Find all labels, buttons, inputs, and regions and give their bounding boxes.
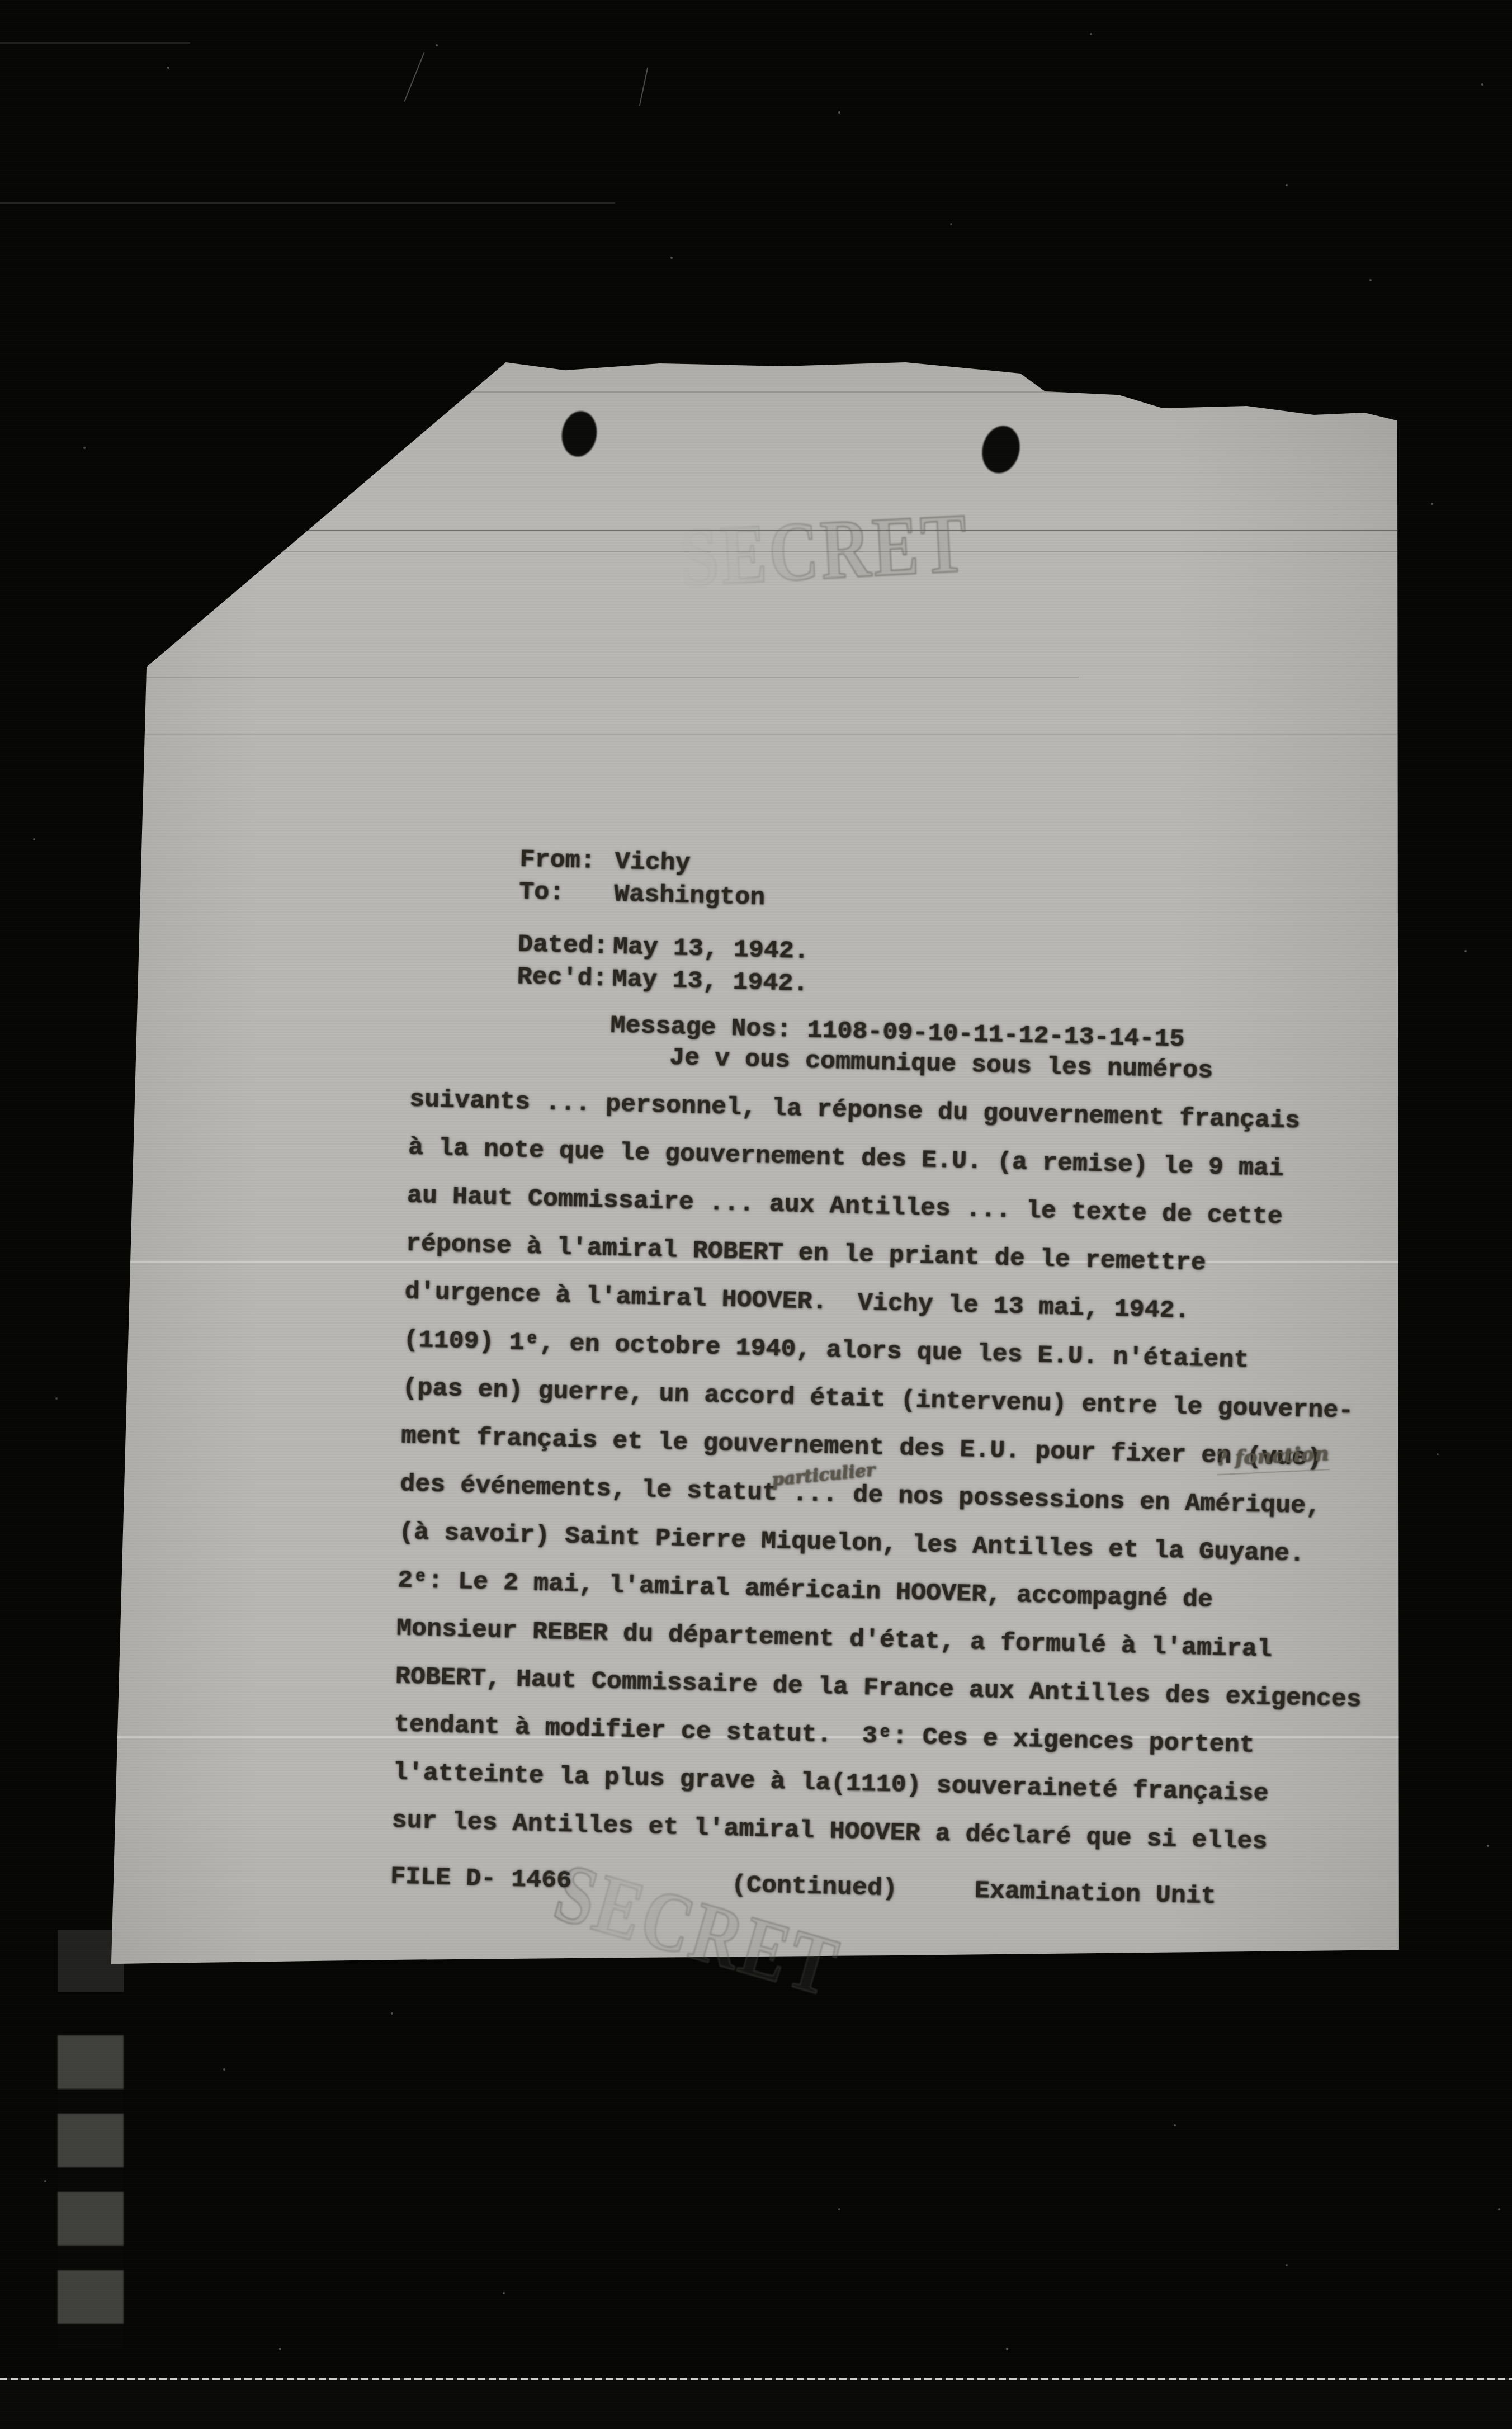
typed-line: à la note que le gouvernement des E.U. (… [408,1133,1471,1188]
scan-artifact-line [109,734,1402,735]
file-number: FILE D- 1466 [390,1862,572,1896]
typed-line: ROBERT, Haut Commissaire de la France au… [395,1662,1458,1717]
film-scratch [404,52,424,102]
typed-line: (à savoir) Saint Pierre Miquelon, les An… [399,1518,1462,1573]
typed-line: au Haut Commissaire ... aux Antilles ...… [407,1182,1470,1236]
typed-text-block: From:Vichy To:Washington Dated:May 13, 1… [389,805,1479,1977]
film-scratch-line [0,42,190,44]
typed-line: sur les Antilles et l'amiral HOOVER a dé… [391,1806,1454,1861]
secret-stamp-top: SECRET [678,495,971,606]
typed-line: l'atteinte la plus grave à la(1110) souv… [393,1758,1456,1813]
typed-line: (pas en) guerre, un accord était (interv… [402,1374,1465,1429]
scan-artifact-line [367,391,1169,393]
microfilm-frame: SECRET SECRET From:Vichy To:Washington D… [0,0,1512,2429]
typed-line: réponse à l'amiral ROBERT en le priant d… [405,1230,1468,1284]
film-scratch [639,68,649,106]
footer-line: FILE D- 1466 (Continued) Examination Uni… [387,1862,1453,2033]
film-bottom-edge [0,2381,1512,2429]
film-scratch-line [0,202,615,204]
pencil-annotation-fonction: ? fonction [1216,1439,1330,1475]
typed-line: (1109) 1ᵉ, en octobre 1940, alors que le… [403,1326,1466,1381]
typed-line: 2ᵉ: Le 2 mai, l'amiral américain HOOVER,… [397,1566,1460,1621]
typed-line: tendant à modifier ce statut. 3ᵉ: Ces e … [394,1710,1457,1765]
film-edge-dashed-line [0,2378,1512,2380]
typed-line: d'urgence à l'amiral HOOVER. Vichy le 13… [404,1278,1467,1332]
examination-unit-label: Examination Unit [974,1877,1216,1912]
scan-artifact-line [109,677,1079,678]
continued-note: (Continued) [731,1870,897,1903]
typed-line: Monsieur REBER du département d'état, a … [396,1614,1459,1669]
typed-line: des événements, le statut ... de nos pos… [400,1470,1463,1525]
typed-line: suivants ... personnel, la réponse du go… [409,1085,1472,1140]
film-sprocket-strip [58,2035,124,2348]
message-label: Message Nos: [610,1012,792,1045]
dust-speckles [0,0,1,1]
